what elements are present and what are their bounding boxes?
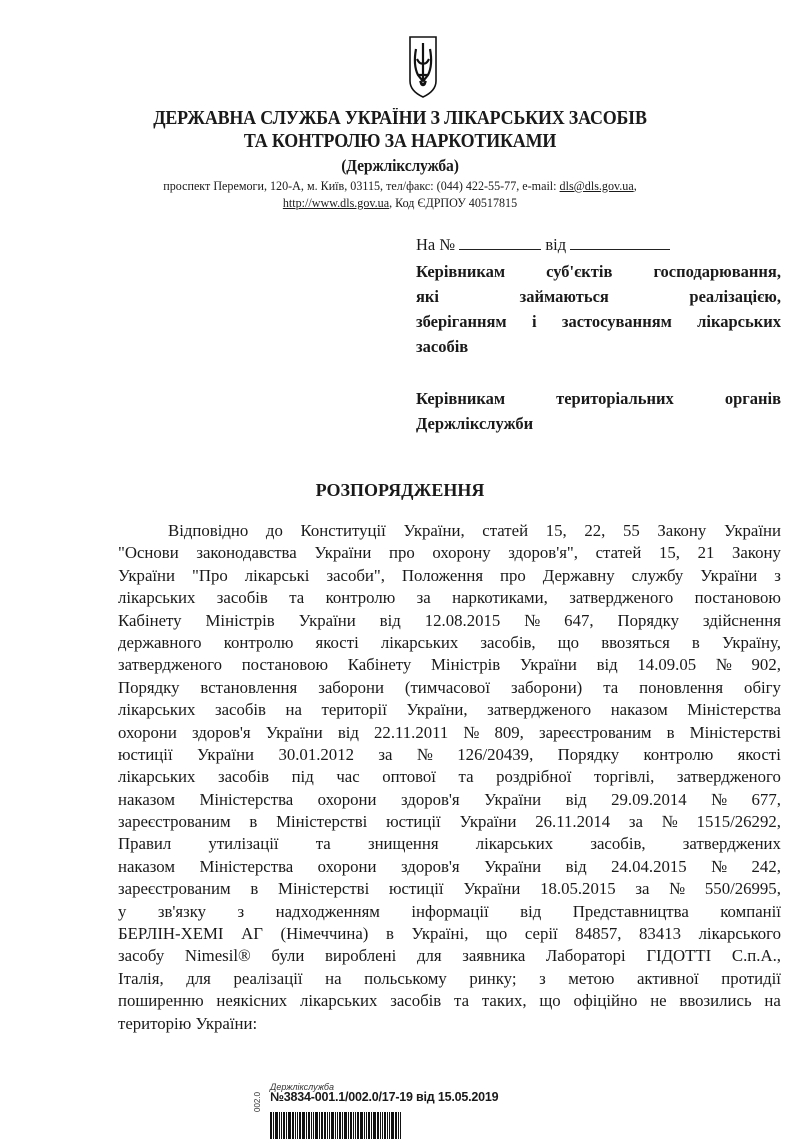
recipient-block-2: Керівникамтериторіальнихорганів Держлікс… xyxy=(416,386,781,436)
body-line: лікарськихзасобівнатериторіїУкраїни,затв… xyxy=(118,699,781,721)
body-line: охорониздоров'яУкраїнивід22.11.2011№809,… xyxy=(118,722,781,744)
body-line: затвердженогопостановоюКабінетуМіністрів… xyxy=(118,654,781,676)
body-line: Порядкувстановленнязаборони(тимчасовоїза… xyxy=(118,677,781,699)
ref-number-field xyxy=(459,235,541,250)
body-line: Італія,дляреалізаціїнапольськомуринку;зм… xyxy=(118,968,781,990)
registration-stamp: Держлікслужба №3834-001.1/002.0/17-19 ві… xyxy=(255,1082,555,1104)
body-line: України"Пролікарськізасоби",Положенняпро… xyxy=(118,565,781,587)
body-line: ВідповіднодоКонституціїУкраїни,статей15,… xyxy=(118,520,781,542)
word: господарювання, xyxy=(653,259,781,284)
recipient-line: Керівникамтериторіальнихорганів xyxy=(416,386,781,411)
body-line: юстиціїУкраїни30.01.2012за№126/20439,Пор… xyxy=(118,744,781,766)
ref-number-label: На № xyxy=(416,235,455,254)
recipient-line: зберіганнямізастосуваннямлікарських xyxy=(416,309,781,334)
body-line: поширеннюнеякіснихлікарськихзасобівтатак… xyxy=(118,990,781,1012)
document-type-title: РОЗПОРЯДЖЕННЯ xyxy=(0,480,800,501)
org-name-line2: ТА КОНТРОЛЮ ЗА НАРКОТИКАМИ xyxy=(32,131,768,153)
ukraine-trident-emblem-icon xyxy=(408,35,438,99)
word: займаються xyxy=(520,284,609,309)
address-suffix: , xyxy=(634,178,637,193)
stamp-side-code: 002.0 xyxy=(253,1092,262,1112)
body-line: державногоконтролюякостілікарськихзасобі… xyxy=(118,632,781,654)
body-line: засобуNimesil®буливиробленідлязаявникаЛа… xyxy=(118,945,781,967)
website-line: http://www.dls.gov.ua, Код ЄДРПОУ 405178… xyxy=(28,195,772,211)
body-line: наказомМіністерстваохорониздоров'яУкраїн… xyxy=(118,789,781,811)
word: які xyxy=(416,284,439,309)
body-line: БЕРЛІН-ХЕМІАГ(Німеччина)вУкраїні,щосерії… xyxy=(118,923,781,945)
body-line: "ОсновизаконодавстваУкраїнипроохоронуздо… xyxy=(118,542,781,564)
body-line: наказомМіністерстваохорониздоров'яУкраїн… xyxy=(118,856,781,878)
body-line: територію України: xyxy=(118,1013,781,1035)
org-short-name: (Держлікслужба) xyxy=(32,156,768,176)
recipient-block-1: Керівникамсуб'єктівгосподарювання, якіза… xyxy=(416,259,781,359)
word: суб'єктів xyxy=(546,259,612,284)
stamp-registration-number: №3834-001.1/002.0/17-19 від 15.05.2019 xyxy=(270,1090,555,1104)
body-line: зареєстрованимвМіністерствіюстиціїУкраїн… xyxy=(118,878,781,900)
word: і xyxy=(532,309,537,334)
body-line: узв'язкузнадходженнямінформаціївідПредст… xyxy=(118,901,781,923)
website-link[interactable]: http://www.dls.gov.ua xyxy=(283,195,389,210)
address-line: проспект Перемоги, 120-А, м. Київ, 03115… xyxy=(28,178,772,194)
recipient-line: Керівникамсуб'єктівгосподарювання, xyxy=(416,259,781,284)
word: Керівникам xyxy=(416,259,505,284)
word: застосуванням xyxy=(562,309,672,334)
document-body: ВідповіднодоКонституціїУкраїни,статей15,… xyxy=(118,520,781,1035)
org-name-line1: ДЕРЖАВНА СЛУЖБА УКРАЇНИ З ЛІКАРСЬКИХ ЗАС… xyxy=(32,108,768,130)
barcode-icon xyxy=(270,1112,470,1139)
ref-date-label: від xyxy=(545,235,566,254)
word: Керівникам xyxy=(416,386,505,411)
email-link[interactable]: dls@dls.gov.ua xyxy=(560,178,634,193)
recipient-line: засобів xyxy=(416,334,781,359)
word: лікарських xyxy=(697,309,781,334)
recipient-line: якізаймаютьсяреалізацією, xyxy=(416,284,781,309)
reference-line: На № від xyxy=(416,235,670,255)
body-line: КабінетуМіністрівУкраїнивід12.08.2015№64… xyxy=(118,610,781,632)
word: територіальних xyxy=(556,386,674,411)
body-line: зареєстрованимвМіністерствіюстиціїУкраїн… xyxy=(118,811,781,833)
address-text: проспект Перемоги, 120-А, м. Київ, 03115… xyxy=(163,178,559,193)
edrpou-code: , Код ЄДРПОУ 40517815 xyxy=(389,195,517,210)
ref-date-field xyxy=(570,235,670,250)
body-line: Правилутилізаціїтазнищеннялікарськихзасо… xyxy=(118,833,781,855)
word: органів xyxy=(725,386,781,411)
word: реалізацією, xyxy=(689,284,781,309)
word: зберіганням xyxy=(416,309,507,334)
body-line: лікарськихзасобівтаконтролюзанаркотиками… xyxy=(118,587,781,609)
body-line: лікарськихзасобівпідчасоптовоїтароздрібн… xyxy=(118,766,781,788)
recipient-line: Держлікслужби xyxy=(416,411,781,436)
